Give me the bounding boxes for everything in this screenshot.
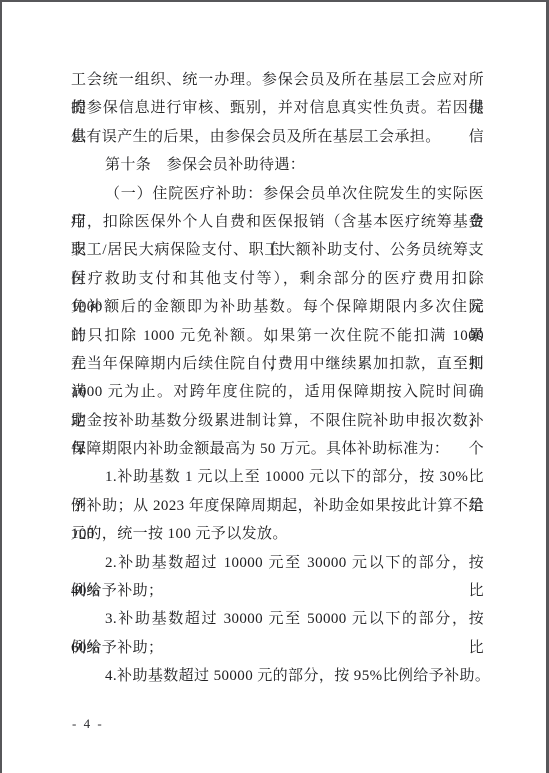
document-line: 职工/居民大病保险支付、职工大额补助支付、公务员统筹支付、 — [71, 236, 484, 264]
document-line-list-item-2: 2.补助基数超过 10000 元至 30000 元以下的部分，按 40%比 — [71, 549, 484, 577]
document-line-article-heading: 第十条 参保会员补助待遇： — [71, 151, 484, 179]
document-line: 1000 元为止。对跨年度住院的，适用保障期按入院时间确定。补 — [71, 378, 484, 406]
document-line: 在当年保障期内后续住院自付费用中继续累加扣款，直至扣满 — [71, 350, 484, 378]
document-page: 工会统一组织、统一办理。参保会员及所在基层工会应对所提供 的参保信息进行审核、甄… — [0, 0, 549, 773]
document-line: 予补助；从 2023 年度保障周期起，补助金如果按此计算不足 100 — [71, 492, 484, 520]
document-line: （一）住院医疗补助：参保会员单次住院发生的实际医疗费 — [71, 180, 484, 208]
document-line: 息有误产生的后果，由参保会员及所在基层工会承担。 — [71, 123, 484, 151]
document-line: 元的，统一按 100 元予以发放。 — [71, 520, 484, 548]
document-line: 保障期限内补助金额最高为 50 万元。具体补助标准为： — [71, 435, 484, 463]
document-line: 工会统一组织、统一办理。参保会员及所在基层工会应对所提供 — [71, 66, 484, 94]
document-body: 工会统一组织、统一办理。参保会员及所在基层工会应对所提供 的参保信息进行审核、甄… — [71, 66, 484, 691]
document-line-list-item-4: 4.补助基数超过 50000 元的部分，按 95%比例给予补助。 — [71, 662, 484, 690]
page-number: - 4 - — [72, 716, 104, 732]
document-line: 医疗救助支付和其他支付等），剩余部分的医疗费用扣除 1000 元 — [71, 265, 484, 293]
document-line: 计只扣除 1000 元免补额。如果第一次住院不能扣满 1000 元，则 — [71, 322, 484, 350]
document-line: 的参保信息进行审核、甄别，并对信息真实性负责。若因提供信 — [71, 94, 484, 122]
document-line: 用，扣除医保外个人自费和医保报销（含基本医疗统筹基金支付、 — [71, 208, 484, 236]
document-line: 助金按补助基数分级累进制计算，不限住院补助申报次数，每个 — [71, 407, 484, 435]
document-line-list-item-1: 1.补助基数 1 元以上至 10000 元以下的部分，按 30%比例给 — [71, 463, 484, 491]
document-line: 免补额后的金额即为补助基数。每个保障期限内多次住院的，累 — [71, 293, 484, 321]
document-line-list-item-3: 3.补助基数超过 30000 元至 50000 元以下的部分，按 60%比 — [71, 605, 484, 633]
